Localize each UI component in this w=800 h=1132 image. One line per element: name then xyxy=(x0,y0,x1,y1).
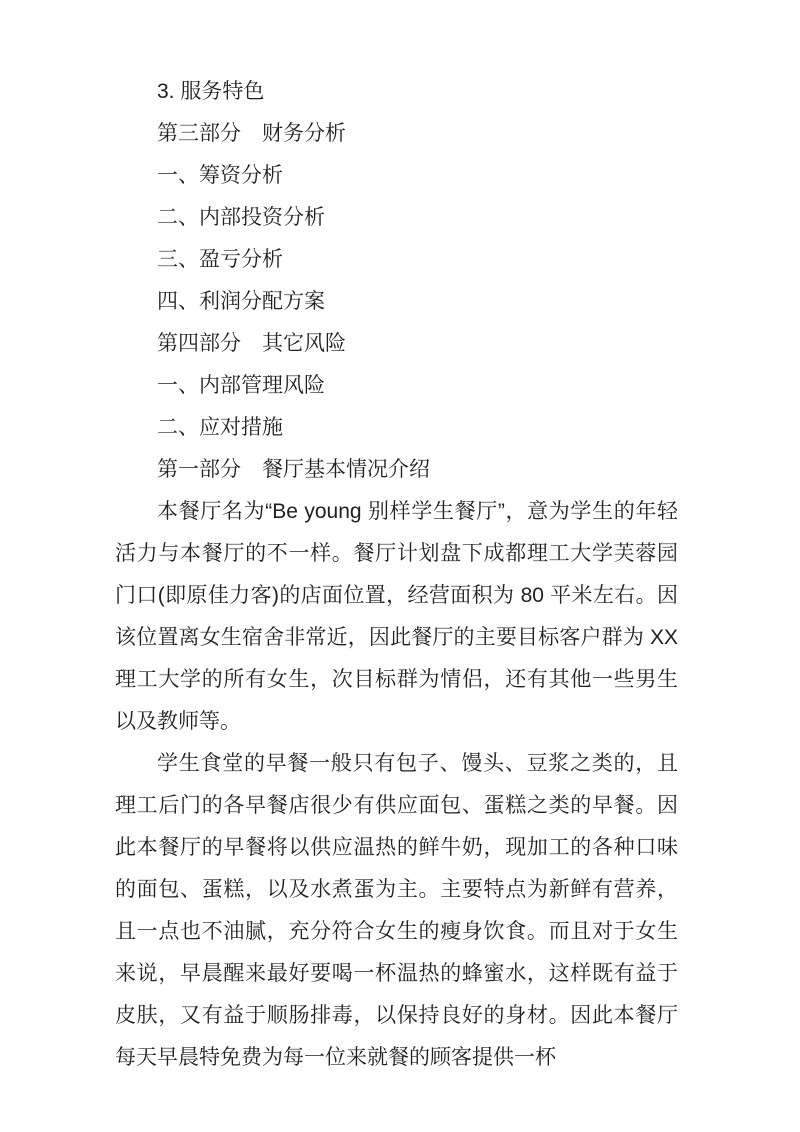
document-page: 3. 服务特色 第三部分 财务分析 一、筹资分析 二、内部投资分析 三、盈亏分析… xyxy=(0,0,800,1132)
outline-heading-part1: 第一部分 餐厅基本情况介绍 xyxy=(115,449,678,491)
outline-heading-part3: 第三部分 财务分析 xyxy=(115,113,678,155)
document-content: 3. 服务特色 第三部分 财务分析 一、筹资分析 二、内部投资分析 三、盈亏分析… xyxy=(115,71,678,1079)
outline-heading-part4: 第四部分 其它风险 xyxy=(115,323,678,365)
outline-item-countermeasures: 二、应对措施 xyxy=(115,407,678,449)
outline-item-internal-investment-analysis: 二、内部投资分析 xyxy=(115,197,678,239)
body-paragraph-breakfast-plan: 学生食堂的早餐一般只有包子、馒头、豆浆之类的，且理工后门的各早餐店很少有供应面包… xyxy=(115,743,678,1079)
outline-item-profit-distribution-plan: 四、利润分配方案 xyxy=(115,281,678,323)
outline-item-internal-management-risk: 一、内部管理风险 xyxy=(115,365,678,407)
body-paragraph-restaurant-intro: 本餐厅名为“Be young 别样学生餐厅”，意为学生的年轻活力与本餐厅的不一样… xyxy=(115,491,678,743)
outline-item-service-features: 3. 服务特色 xyxy=(115,71,678,113)
outline-item-financing-analysis: 一、筹资分析 xyxy=(115,155,678,197)
outline-item-profit-loss-analysis: 三、盈亏分析 xyxy=(115,239,678,281)
